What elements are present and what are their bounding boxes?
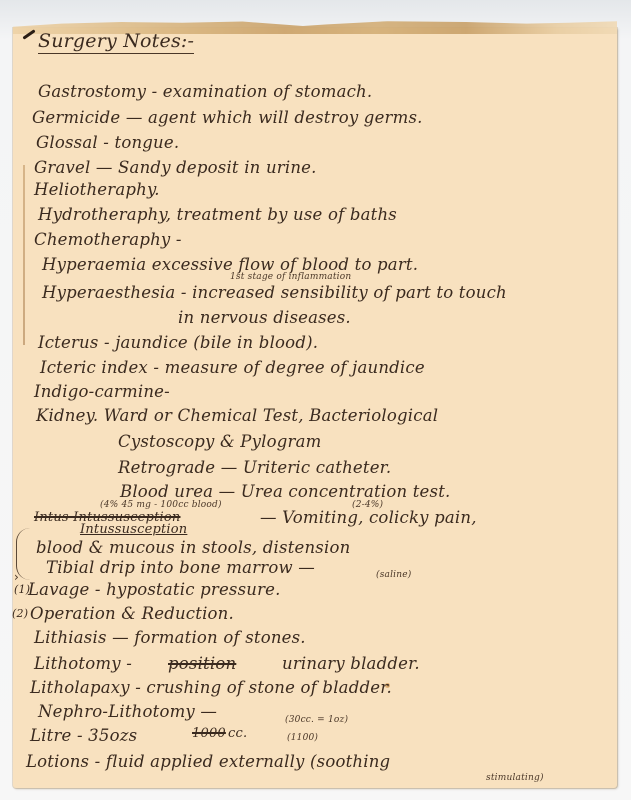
page-title: Surgery Notes:- xyxy=(38,30,194,54)
note-line-hydrotherapy: Hydrotheraphy, treatment by use of baths xyxy=(38,205,397,224)
note-line-operation: Operation & Reduction. xyxy=(30,604,234,623)
note-line-litholapaxy: Litholapaxy - crushing of stone of bladd… xyxy=(30,678,392,697)
note-line-retrograde: Retrograde — Uriteric catheter. xyxy=(118,458,391,477)
note-line-lotions: Lotions - fluid applied externally (soot… xyxy=(26,752,390,771)
annotation-urea-level: (4% 45 mg - 100cc blood) xyxy=(100,500,222,510)
struck-text-position: position xyxy=(168,654,236,673)
note-line-blood-mucous: blood & mucous in stools, distension xyxy=(36,538,350,557)
note-line-nervous-diseases: in nervous diseases. xyxy=(178,308,351,327)
note-line-gravel: Gravel — Sandy deposit in urine. xyxy=(34,158,317,177)
note-line-vomiting: — Vomiting, colicky pain, xyxy=(260,508,477,527)
note-line-glossal: Glossal - tongue. xyxy=(36,133,179,152)
note-line-germicide: Germicide — agent which will destroy ger… xyxy=(32,108,423,127)
annotation-inflammation: 1st stage of inflammation xyxy=(230,272,351,282)
note-line-hyperaesthesia: Hyperaesthesia - increased sensibility o… xyxy=(42,283,507,302)
note-line-lithiasis: Lithiasis — formation of stones. xyxy=(34,628,306,647)
note-line-icterus: Icterus - jaundice (bile in blood). xyxy=(38,333,318,352)
annotation-saline: (saline) xyxy=(376,570,412,580)
note-line-kidney: Kidney. Ward or Chemical Test, Bacteriol… xyxy=(36,406,438,425)
list-marker-2: (2) xyxy=(12,607,28,620)
note-line-lithotomy: Lithotomy - xyxy=(34,654,132,673)
note-line-nephro-lithotomy: Nephro-Lithotomy — xyxy=(38,702,217,721)
note-line-heliotherapy: Heliotheraphy. xyxy=(34,180,160,199)
note-line-icteric-index: Icteric index - measure of degree of jau… xyxy=(40,358,425,377)
arrow-right-icon: › xyxy=(14,570,19,584)
note-line-chemotherapy: Chemotheraphy - xyxy=(34,230,182,249)
struck-text-1000: 1000 xyxy=(192,726,226,741)
note-line-blood-urea: Blood urea — Urea concentration test. xyxy=(120,482,450,501)
note-line-lavage: Lavage - hypostatic pressure. xyxy=(28,580,281,599)
note-line-indigo-carmine: Indigo-carmine- xyxy=(34,382,170,401)
annotation-1100: (1100) xyxy=(287,733,318,743)
annotation-stimulating: stimulating) xyxy=(486,773,544,783)
note-line-litre: Litre - 35ozs xyxy=(30,726,137,745)
note-line-cystoscopy: Cystoscopy & Pylogram xyxy=(118,432,321,451)
annotation-cc-oz: (30cc. = 1oz) xyxy=(285,715,348,725)
note-line-urinary-bladder: urinary bladder. xyxy=(282,654,420,673)
note-line-tibial-drip: Tibial drip into bone marrow — xyxy=(46,558,315,577)
note-line-gastrostomy: Gastrostomy - examination of stomach. xyxy=(38,82,372,101)
note-line-litre-cc: cc. xyxy=(228,726,247,741)
note-line-intussusception: Intussusception xyxy=(80,522,187,537)
margin-bracket-line xyxy=(23,165,25,345)
